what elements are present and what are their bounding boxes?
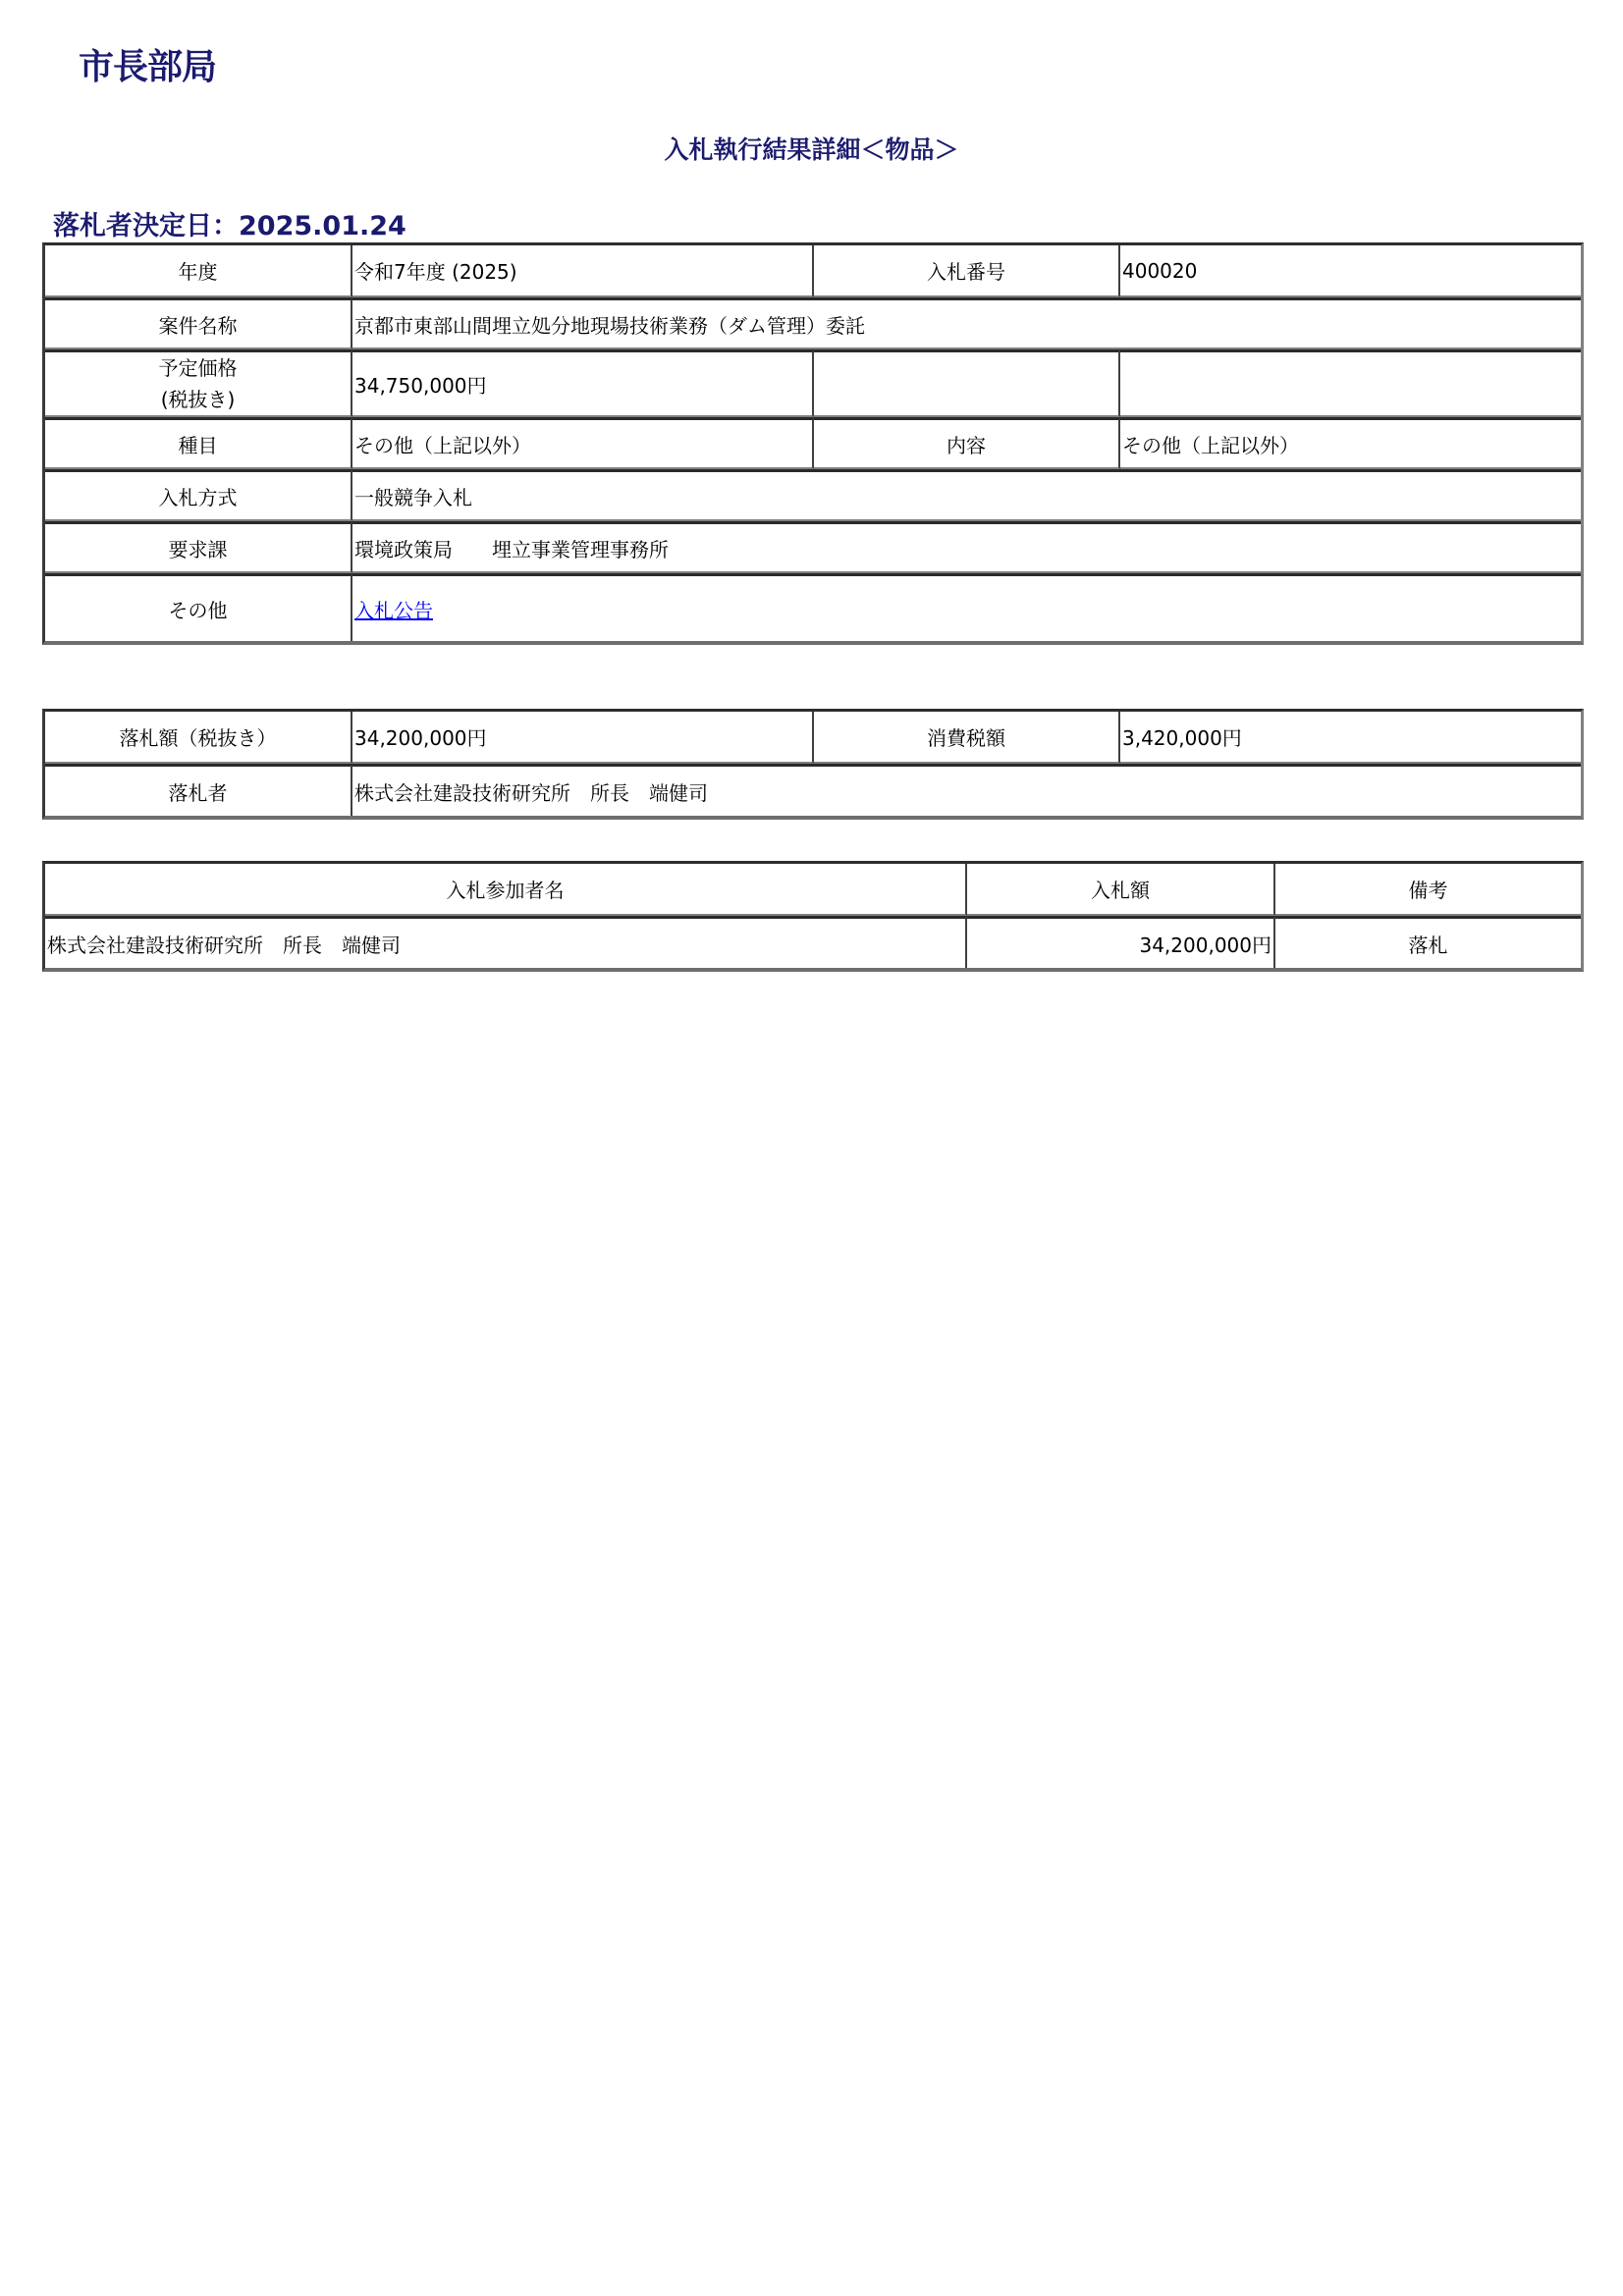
empty-cell bbox=[1120, 349, 1581, 417]
row-planned-price: 予定価格 (税抜き) 34,750,000円 bbox=[45, 349, 1581, 417]
project-name-label: 案件名称 bbox=[45, 297, 352, 349]
content-label: 内容 bbox=[814, 417, 1120, 469]
bid-number-value: 400020 bbox=[1120, 245, 1581, 297]
row-award-amount: 落札額（税抜き） 34,200,000円 消費税額 3,420,000円 bbox=[45, 712, 1581, 764]
award-table: 落札額（税抜き） 34,200,000円 消費税額 3,420,000円 落札者… bbox=[42, 709, 1584, 820]
row-category: 種目 その他（上記以外） 内容 その他（上記以外） bbox=[45, 417, 1581, 469]
consumption-tax-label: 消費税額 bbox=[814, 712, 1120, 764]
participant-name: 株式会社建設技術研究所 所長 端健司 bbox=[45, 916, 967, 968]
award-amount-label: 落札額（税抜き） bbox=[45, 712, 352, 764]
planned-price-value: 34,750,000円 bbox=[352, 349, 814, 417]
bid-notice-link[interactable]: 入札公告 bbox=[354, 599, 433, 622]
header-bid-amount: 入札額 bbox=[967, 864, 1275, 916]
participant-bid-amount: 34,200,000円 bbox=[967, 916, 1275, 968]
header-note: 備考 bbox=[1275, 864, 1581, 916]
planned-price-label: 予定価格 (税抜き) bbox=[45, 349, 352, 417]
award-amount-value: 34,200,000円 bbox=[352, 712, 814, 764]
row-project-name: 案件名称 京都市東部山間埋立処分地現場技術業務（ダム管理）委託 bbox=[45, 297, 1581, 349]
bid-number-label: 入札番号 bbox=[814, 245, 1120, 297]
fiscal-year-value: 令和7年度 (2025) bbox=[352, 245, 814, 297]
bid-method-value: 一般競争入札 bbox=[352, 469, 1581, 521]
winner-value: 株式会社建設技術研究所 所長 端健司 bbox=[352, 764, 1581, 816]
row-requesting-dept: 要求課 環境政策局 埋立事業管理事務所 bbox=[45, 521, 1581, 573]
row-fiscal-year: 年度 令和7年度 (2025) 入札番号 400020 bbox=[45, 245, 1581, 297]
project-name-value: 京都市東部山間埋立処分地現場技術業務（ダム管理）委託 bbox=[352, 297, 1581, 349]
other-value: 入札公告 bbox=[352, 573, 1581, 641]
row-other: その他 入札公告 bbox=[45, 573, 1581, 641]
other-label: その他 bbox=[45, 573, 352, 641]
table-row: 株式会社建設技術研究所 所長 端健司 34,200,000円 落札 bbox=[45, 916, 1581, 968]
content-value: その他（上記以外） bbox=[1120, 417, 1581, 469]
header-participant-name: 入札参加者名 bbox=[45, 864, 967, 916]
category-label: 種目 bbox=[45, 417, 352, 469]
participant-note: 落札 bbox=[1275, 916, 1581, 968]
participants-table: 入札参加者名 入札額 備考 株式会社建設技術研究所 所長 端健司 34,200,… bbox=[42, 861, 1584, 972]
consumption-tax-value: 3,420,000円 bbox=[1120, 712, 1581, 764]
winner-label: 落札者 bbox=[45, 764, 352, 816]
requesting-dept-value: 環境政策局 埋立事業管理事務所 bbox=[352, 521, 1581, 573]
bid-summary-table: 年度 令和7年度 (2025) 入札番号 400020 案件名称 京都市東部山間… bbox=[42, 242, 1584, 645]
participants-header-row: 入札参加者名 入札額 備考 bbox=[45, 864, 1581, 916]
page-title: 入札執行結果詳細＜物品＞ bbox=[0, 131, 1623, 166]
category-value: その他（上記以外） bbox=[352, 417, 814, 469]
row-bid-method: 入札方式 一般競争入札 bbox=[45, 469, 1581, 521]
fiscal-year-label: 年度 bbox=[45, 245, 352, 297]
empty-cell bbox=[814, 349, 1120, 417]
planned-price-label-line2: (税抜き) bbox=[47, 384, 349, 415]
department-title: 市長部局 bbox=[79, 39, 216, 89]
decision-date: 落札者決定日：2025.01.24 bbox=[53, 204, 406, 242]
requesting-dept-label: 要求課 bbox=[45, 521, 352, 573]
bid-method-label: 入札方式 bbox=[45, 469, 352, 521]
planned-price-label-line1: 予定価格 bbox=[47, 352, 349, 384]
row-winner: 落札者 株式会社建設技術研究所 所長 端健司 bbox=[45, 764, 1581, 816]
